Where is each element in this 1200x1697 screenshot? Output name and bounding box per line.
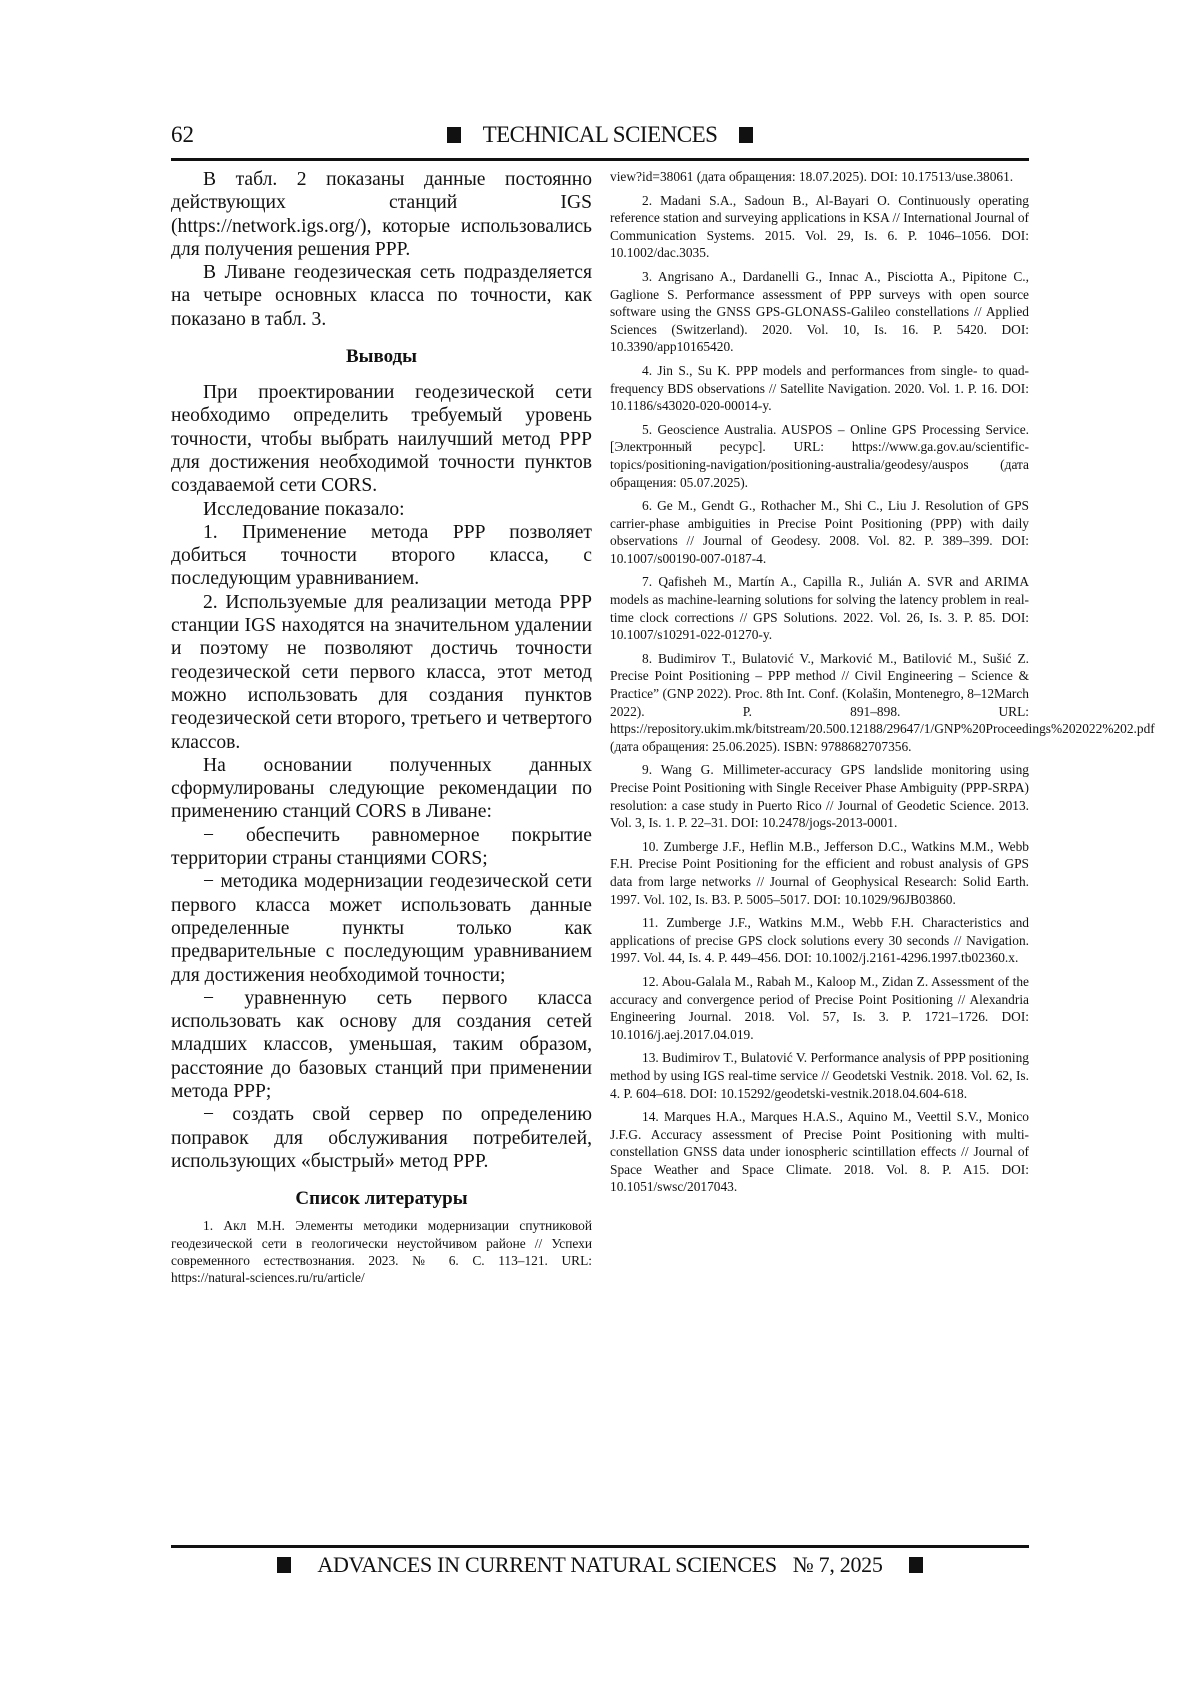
square-bullet-icon bbox=[447, 127, 461, 143]
conclusions-heading: Выводы bbox=[171, 345, 592, 369]
reference-item: 9. Wang G. Millimeter-accuracy GPS lands… bbox=[610, 761, 1029, 831]
square-bullet-icon bbox=[739, 127, 753, 143]
recommendation-item: − методика модернизации геодезической се… bbox=[171, 870, 592, 986]
body-paragraph: В Ливане геодезическая сеть подразделяет… bbox=[171, 261, 592, 331]
recommendation-item: − уравненную сеть первого класса использ… bbox=[171, 987, 592, 1103]
section-label: TECHNICAL SCIENCES bbox=[483, 122, 718, 147]
reference-item: 7. Qafisheh M., Martín A., Capilla R., J… bbox=[610, 573, 1029, 643]
body-paragraph: В табл. 2 показаны данные постоянно дейс… bbox=[171, 168, 592, 261]
recommendation-item: − создать свой сервер по определению поп… bbox=[171, 1103, 592, 1173]
conclusion-item: 2. Используемые для реализации метода PP… bbox=[171, 591, 592, 754]
reference-item: 3. Angrisano A., Dardanelli G., Innac A.… bbox=[610, 268, 1029, 356]
issue-number: № 7, 2025 bbox=[793, 1552, 883, 1577]
reference-item: 12. Abou-Galala M., Rabah M., Kaloop M.,… bbox=[610, 973, 1029, 1043]
reference-item: 8. Budimirov T., Bulatović V., Marković … bbox=[610, 650, 1029, 756]
journal-name: ADVANCES IN CURRENT NATURAL SCIENCES bbox=[317, 1552, 776, 1577]
conclusion-item: 1. Применение метода PPP позволяет добит… bbox=[171, 521, 592, 591]
reference-item: 10. Zumberge J.F., Heflin M.B., Jefferso… bbox=[610, 838, 1029, 908]
reference-item: 2. Madani S.A., Sadoun B., Al-Bayari O. … bbox=[610, 192, 1029, 262]
conclusion-paragraph: Исследование показало: bbox=[171, 498, 592, 521]
running-header: 62 TECHNICAL SCIENCES bbox=[171, 110, 1029, 161]
left-column: В табл. 2 показаны данные постоянно дейс… bbox=[171, 168, 592, 1287]
conclusion-paragraph: При проектировании геодезической сети не… bbox=[171, 381, 592, 497]
reference-item: 13. Budimirov T., Bulatović V. Performan… bbox=[610, 1049, 1029, 1102]
reference-item: 14. Marques H.A., Marques H.A.S., Aquino… bbox=[610, 1108, 1029, 1196]
section-title: TECHNICAL SCIENCES bbox=[171, 122, 1029, 148]
square-bullet-icon bbox=[909, 1557, 923, 1573]
reference-item: 11. Zumberge J.F., Watkins M.M., Webb F.… bbox=[610, 914, 1029, 967]
reference-item: 1. Акл М.Н. Элементы методики модернизац… bbox=[171, 1217, 592, 1287]
reference-item: 4. Jin S., Su K. PPP models and performa… bbox=[610, 362, 1029, 415]
right-column: view?id=38061 (дата обращения: 18.07.202… bbox=[610, 168, 1029, 1202]
reference-continuation: view?id=38061 (дата обращения: 18.07.202… bbox=[610, 168, 1029, 186]
reference-item: 6. Ge M., Gendt G., Rothacher M., Shi C.… bbox=[610, 497, 1029, 567]
square-bullet-icon bbox=[277, 1557, 291, 1573]
recommendation-item: − обеспечить равномерное покрытие террит… bbox=[171, 824, 592, 871]
references-heading: Список литературы bbox=[171, 1187, 592, 1211]
running-footer: ADVANCES IN CURRENT NATURAL SCIENCES№ 7,… bbox=[171, 1545, 1029, 1578]
reference-item: 5. Geoscience Australia. AUSPOS – Online… bbox=[610, 421, 1029, 491]
conclusion-paragraph: На основании полученных данных сформулир… bbox=[171, 754, 592, 824]
